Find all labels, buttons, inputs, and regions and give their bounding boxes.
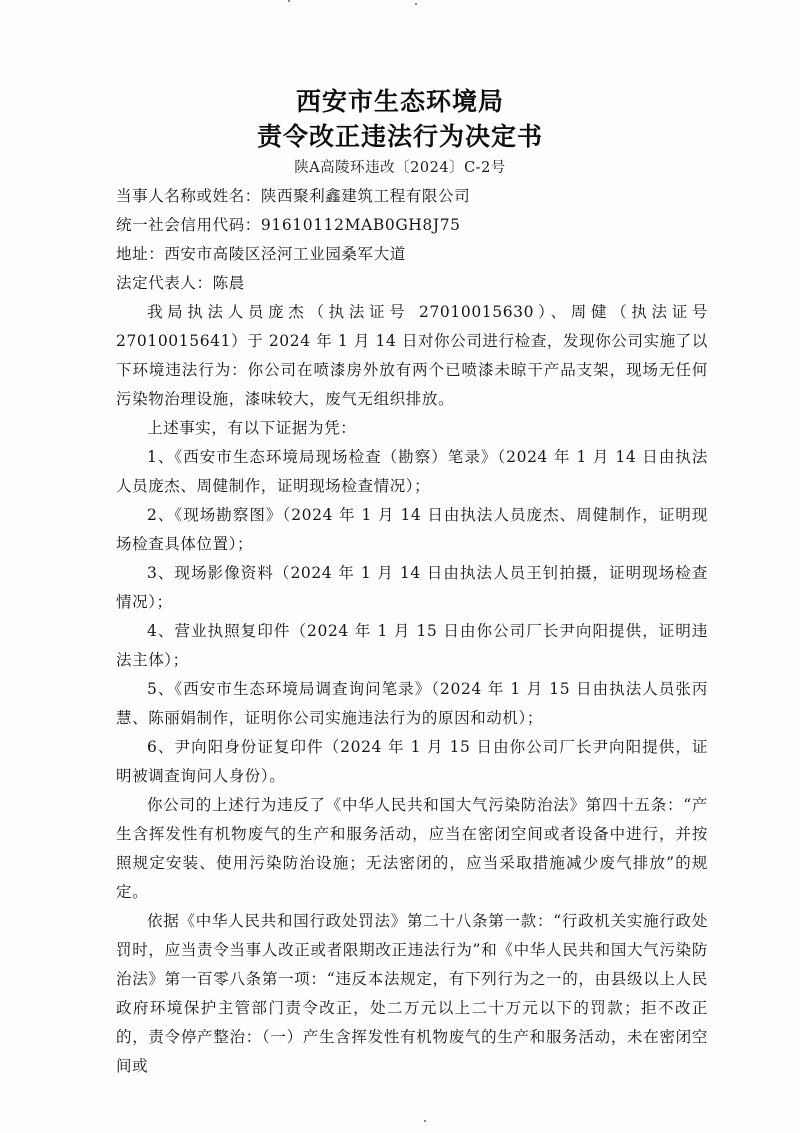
document-body: 当事人名称或姓名：陕西聚利鑫建筑工程有限公司 统一社会信用代码：91610112… <box>116 182 708 1081</box>
document-page: 西安市生态环境局 责令改正违法行为决定书 陕A高陵环违改〔2024〕C-2号 当… <box>0 0 800 1133</box>
party-name-value: 陕西聚利鑫建筑工程有限公司 <box>261 187 470 205</box>
violation-statement-paragraph: 你公司的上述行为违反了《中华人民共和国大气污染防治法》第四十五条：“产生含挥发性… <box>116 791 708 907</box>
party-name-line: 当事人名称或姓名：陕西聚利鑫建筑工程有限公司 <box>116 182 708 211</box>
scan-speck <box>424 1120 426 1122</box>
address-value: 西安市高陵区泾河工业园桑军大道 <box>164 245 406 263</box>
party-name-label: 当事人名称或姓名： <box>116 187 261 205</box>
evidence-item-3: 3、现场影像资料（2024 年 1 月 14 日由执法人员王钊拍摄，证明现场检查… <box>116 559 708 617</box>
issuing-authority-title: 西安市生态环境局 <box>0 82 800 118</box>
legal-representative-value: 陈晨 <box>213 274 245 292</box>
document-type-title: 责令改正违法行为决定书 <box>0 117 800 153</box>
legal-basis-paragraph: 依据《中华人民共和国行政处罚法》第二十八条第一款：“行政机关实施行政处罚时，应当… <box>116 907 708 1081</box>
evidence-item-1: 1、《西安市生态环境局现场检查（勘察）笔录》（2024 年 1 月 14 日由执… <box>116 443 708 501</box>
evidence-item-2: 2、《现场勘察图》（2024 年 1 月 14 日由执法人员庞杰、周健制作，证明… <box>116 501 708 559</box>
inspection-facts-paragraph: 我局执法人员庞杰（执法证号 27010015630）、周健（执法证号 27010… <box>116 298 708 414</box>
legal-representative-label: 法定代表人： <box>116 274 213 292</box>
credit-code-value: 91610112MAB0GH8J75 <box>261 216 461 234</box>
scan-speck <box>415 3 417 5</box>
evidence-item-5: 5、《西安市生态环境局调查询问笔录》（2024 年 1 月 15 日由执法人员张… <box>116 675 708 733</box>
evidence-item-6: 6、尹向阳身份证复印件（2024 年 1 月 15 日由你公司厂长尹向阳提供，证… <box>116 733 708 791</box>
credit-code-label: 统一社会信用代码： <box>116 216 261 234</box>
evidence-item-4: 4、营业执照复印件（2024 年 1 月 15 日由你公司厂长尹向阳提供，证明违… <box>116 617 708 675</box>
address-label: 地址： <box>116 245 164 263</box>
scan-speck <box>288 0 290 2</box>
document-number: 陕A高陵环违改〔2024〕C-2号 <box>0 156 800 177</box>
credit-code-line: 统一社会信用代码：91610112MAB0GH8J75 <box>116 211 708 240</box>
evidence-intro: 上述事实，有以下证据为凭： <box>116 414 708 443</box>
address-line: 地址：西安市高陵区泾河工业园桑军大道 <box>116 240 708 269</box>
legal-representative-line: 法定代表人：陈晨 <box>116 269 708 298</box>
